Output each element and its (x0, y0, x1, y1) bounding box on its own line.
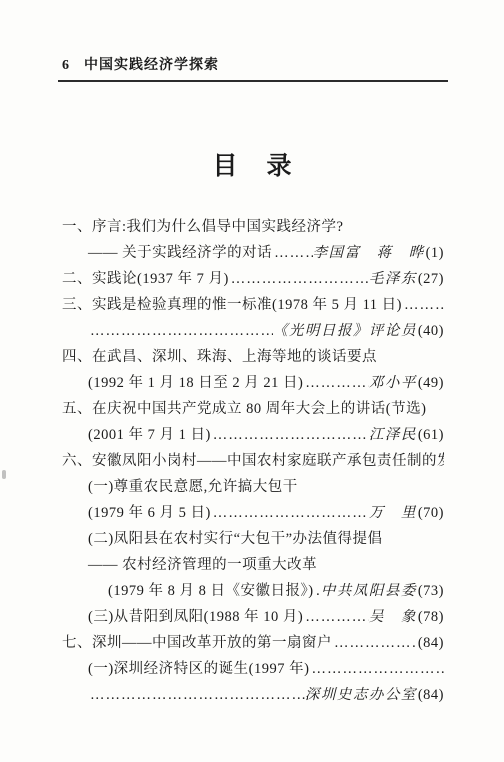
toc-entry-text: 六、安徽凤阳小岗村——中国农村家庭联产承包责任制的发源地 (62, 448, 444, 474)
toc-line: —— 关于实践经济学的对话 ……………………………………………………………… 李… (62, 240, 444, 266)
toc-line: 五、在庆祝中国共产党成立 80 周年大会上的讲话(节选) (62, 396, 444, 422)
toc-dot-leader: ……………………………………………………………… (272, 240, 312, 266)
toc-dot-leader: …………………………………………………………………………………………………………… (229, 266, 369, 292)
toc-dot-leader: …………………………………………………………………………………………………………… (211, 422, 369, 448)
toc-author: 吴 象 (369, 604, 417, 630)
toc-line: 二、实践论(1937 年 7 月) …………………………………………………………… (62, 266, 444, 292)
toc-entry-text: (2001 年 7 月 1 日) (88, 422, 211, 448)
toc-page-number: (70) (417, 500, 444, 526)
scan-artifact (2, 470, 6, 479)
toc-dot-leader: ……………………………………………………………… (332, 630, 417, 656)
toc-author: 江泽民 (369, 422, 417, 448)
toc-page-number: (61) (417, 422, 444, 448)
toc-dot-leader: …………………………………………………………………………………………………………… (88, 318, 273, 344)
toc-entry-text: (一)深圳经济特区的诞生(1997 年) (88, 656, 309, 682)
toc: 一、序言:我们为什么倡导中国实践经济学? —— 关于实践经济学的对话 ……………… (62, 214, 444, 708)
toc-line: …………………………………………………………………………………………………………… (62, 682, 444, 708)
toc-dot-leader: ……………………………………………………… (303, 370, 369, 396)
toc-entry-text: (1979 年 8 月 8 日《安徽日报》) (108, 578, 314, 604)
toc-entry-text: (二)凤阳县在农村实行“大包干”办法值得提倡 (88, 526, 383, 552)
toc-line: (2001 年 7 月 1 日) ……………………………………………………………… (62, 422, 444, 448)
toc-page-number: (73) (417, 578, 444, 604)
toc-line: (1992 年 1 月 18 日至 2 月 21 日) ………………………………… (62, 370, 444, 396)
toc-line: —— 农村经济管理的一项重大改革 (62, 552, 444, 578)
folio-page-number: 6 (62, 58, 70, 74)
toc-author: 中共凤阳县委 (321, 578, 417, 604)
toc-line: (一)深圳经济特区的诞生(1997 年) …………………………………………………… (62, 656, 444, 682)
toc-dot-leader: ……………………………………………… (303, 604, 369, 630)
toc-entry-text: (一)尊重农民意愿,允许搞大包干 (88, 474, 298, 500)
toc-entry-text: 一、序言:我们为什么倡导中国实践经济学? (62, 214, 343, 240)
toc-dot-leader: …………………………………………………………………………………………………………… (211, 500, 369, 526)
toc-entry-text: —— 关于实践经济学的对话 (88, 240, 272, 266)
toc-line: 一、序言:我们为什么倡导中国实践经济学? (62, 214, 444, 240)
running-header-book-title: 中国实践经济学探索 (84, 54, 219, 74)
toc-page-number: (84) (417, 630, 444, 656)
toc-page-number: (49) (417, 370, 444, 396)
toc-entry-text: 四、在武昌、深圳、珠海、上海等地的谈话要点 (62, 344, 377, 370)
toc-dot-leader: …………………………………………………………………………………………………………… (88, 682, 305, 708)
toc-entry-text: (1992 年 1 月 18 日至 2 月 21 日) (88, 370, 303, 396)
toc-author: 深圳史志办公室 (305, 682, 417, 708)
toc-dot-leader: ……………………………………………………………………………………… (309, 656, 444, 682)
toc-page-number: (27) (417, 266, 444, 292)
toc-entry-text: 二、实践论(1937 年 7 月) (62, 266, 229, 292)
page-title: 目 录 (62, 146, 444, 182)
toc-page-number: (1) (425, 240, 444, 266)
toc-entry-text: 七、深圳——中国改革开放的第一扇窗户 (62, 630, 332, 656)
toc-author: 邓小平 (369, 370, 417, 396)
toc-line: 七、深圳——中国改革开放的第一扇窗户 ………………………………………………………… (62, 630, 444, 656)
toc-entry-text: (1979 年 6 月 5 日) (88, 500, 211, 526)
toc-line: (二)凤阳县在农村实行“大包干”办法值得提倡 (62, 526, 444, 552)
toc-page-number: (40) (417, 318, 444, 344)
running-header: 6 中国实践经济学探索 (62, 54, 446, 74)
toc-line: (1979 年 8 月 8 日《安徽日报》) ……………… 中共凤阳县委 (73… (62, 578, 444, 604)
toc-line: (一)尊重农民意愿,允许搞大包干 (62, 474, 444, 500)
toc-entry-text: (三)从昔阳到凤阳(1988 年 10 月) (88, 604, 303, 630)
toc-entry-text: 三、实践是检验真理的惟一标准(1978 年 5 月 11 日) (62, 292, 402, 318)
book-page: 6 中国实践经济学探索 目 录 一、序言:我们为什么倡导中国实践经济学? —— … (0, 0, 504, 762)
toc-line: (三)从昔阳到凤阳(1988 年 10 月) ……………………………………………… (62, 604, 444, 630)
toc-entry-text: 五、在庆祝中国共产党成立 80 周年大会上的讲话(节选) (62, 396, 426, 422)
toc-page-number: (78) (417, 604, 444, 630)
toc-author: 万 里 (369, 500, 417, 526)
toc-dot-leader: ……………………………………… (402, 292, 444, 318)
toc-author: 《光明日报》评论员 (273, 318, 417, 344)
toc-line: 六、安徽凤阳小岗村——中国农村家庭联产承包责任制的发源地 (62, 448, 444, 474)
toc-entry-text: —— 农村经济管理的一项重大改革 (88, 552, 317, 578)
toc-line: …………………………………………………………………………………………………………… (62, 318, 444, 344)
toc-author: 李国富 蒋 晔 (313, 240, 425, 266)
toc-line: 三、实践是检验真理的惟一标准(1978 年 5 月 11 日) ……………………… (62, 292, 444, 318)
toc-line: 四、在武昌、深圳、珠海、上海等地的谈话要点 (62, 344, 444, 370)
toc-line: (1979 年 6 月 5 日) ……………………………………………………………… (62, 500, 444, 526)
header-rule (58, 80, 448, 82)
toc-author: 毛泽东 (369, 266, 417, 292)
toc-page-number: (84) (417, 682, 444, 708)
toc-dot-leader: ……………… (314, 578, 321, 604)
